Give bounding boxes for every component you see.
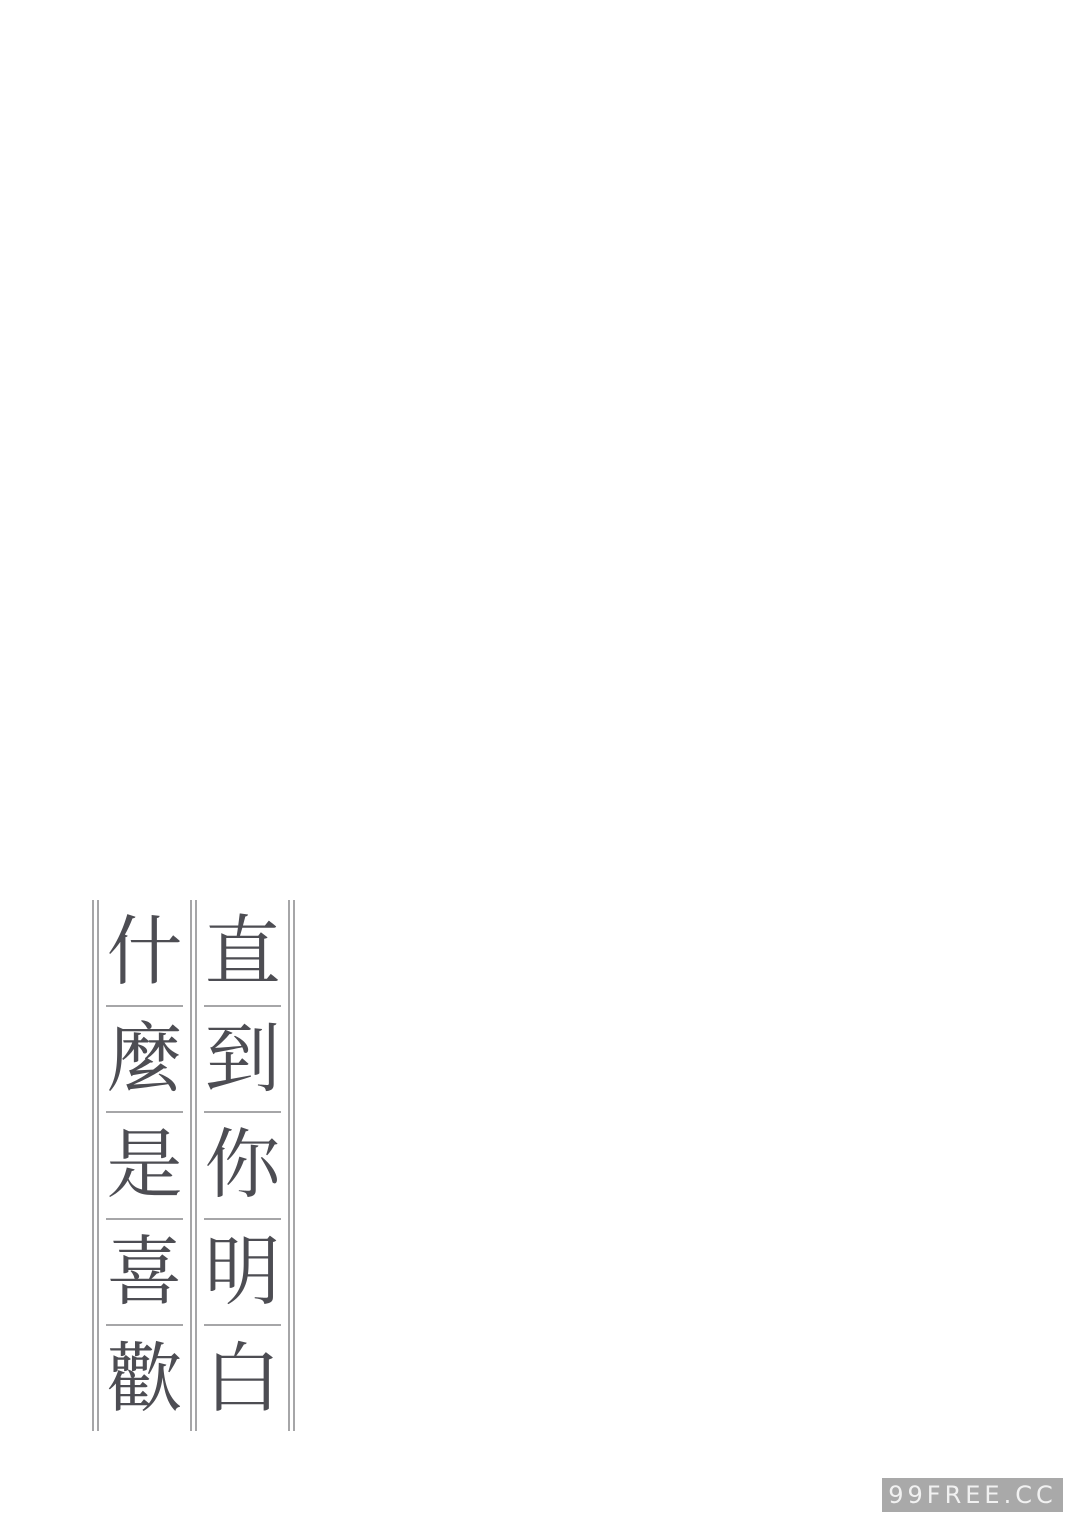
vertical-text-block: 直 到 你 明 白 什 麼 是 喜 歡: [92, 900, 295, 1431]
column-rule-middle: [190, 900, 197, 1431]
char-cell: 到: [197, 1007, 288, 1112]
watermark-text: 99FREE.CC: [888, 1481, 1057, 1509]
char-cell: 是: [99, 1113, 190, 1218]
char-cell: 白: [197, 1326, 288, 1431]
column-rule-left: [92, 900, 99, 1431]
watermark-badge: 99FREE.CC: [882, 1478, 1063, 1512]
manga-page: 直 到 你 明 白 什 麼 是 喜 歡 99FREE.CC: [0, 0, 1080, 1533]
column-rule-right: [288, 900, 295, 1431]
char-cell: 直: [197, 900, 288, 1005]
char-cell: 明: [197, 1220, 288, 1325]
char-cell: 麼: [99, 1007, 190, 1112]
char-cell: 喜: [99, 1220, 190, 1325]
char-cell: 什: [99, 900, 190, 1005]
text-column-second: 什 麼 是 喜 歡: [99, 900, 190, 1431]
char-cell: 你: [197, 1113, 288, 1218]
text-column-first: 直 到 你 明 白: [197, 900, 288, 1431]
char-cell: 歡: [99, 1326, 190, 1431]
